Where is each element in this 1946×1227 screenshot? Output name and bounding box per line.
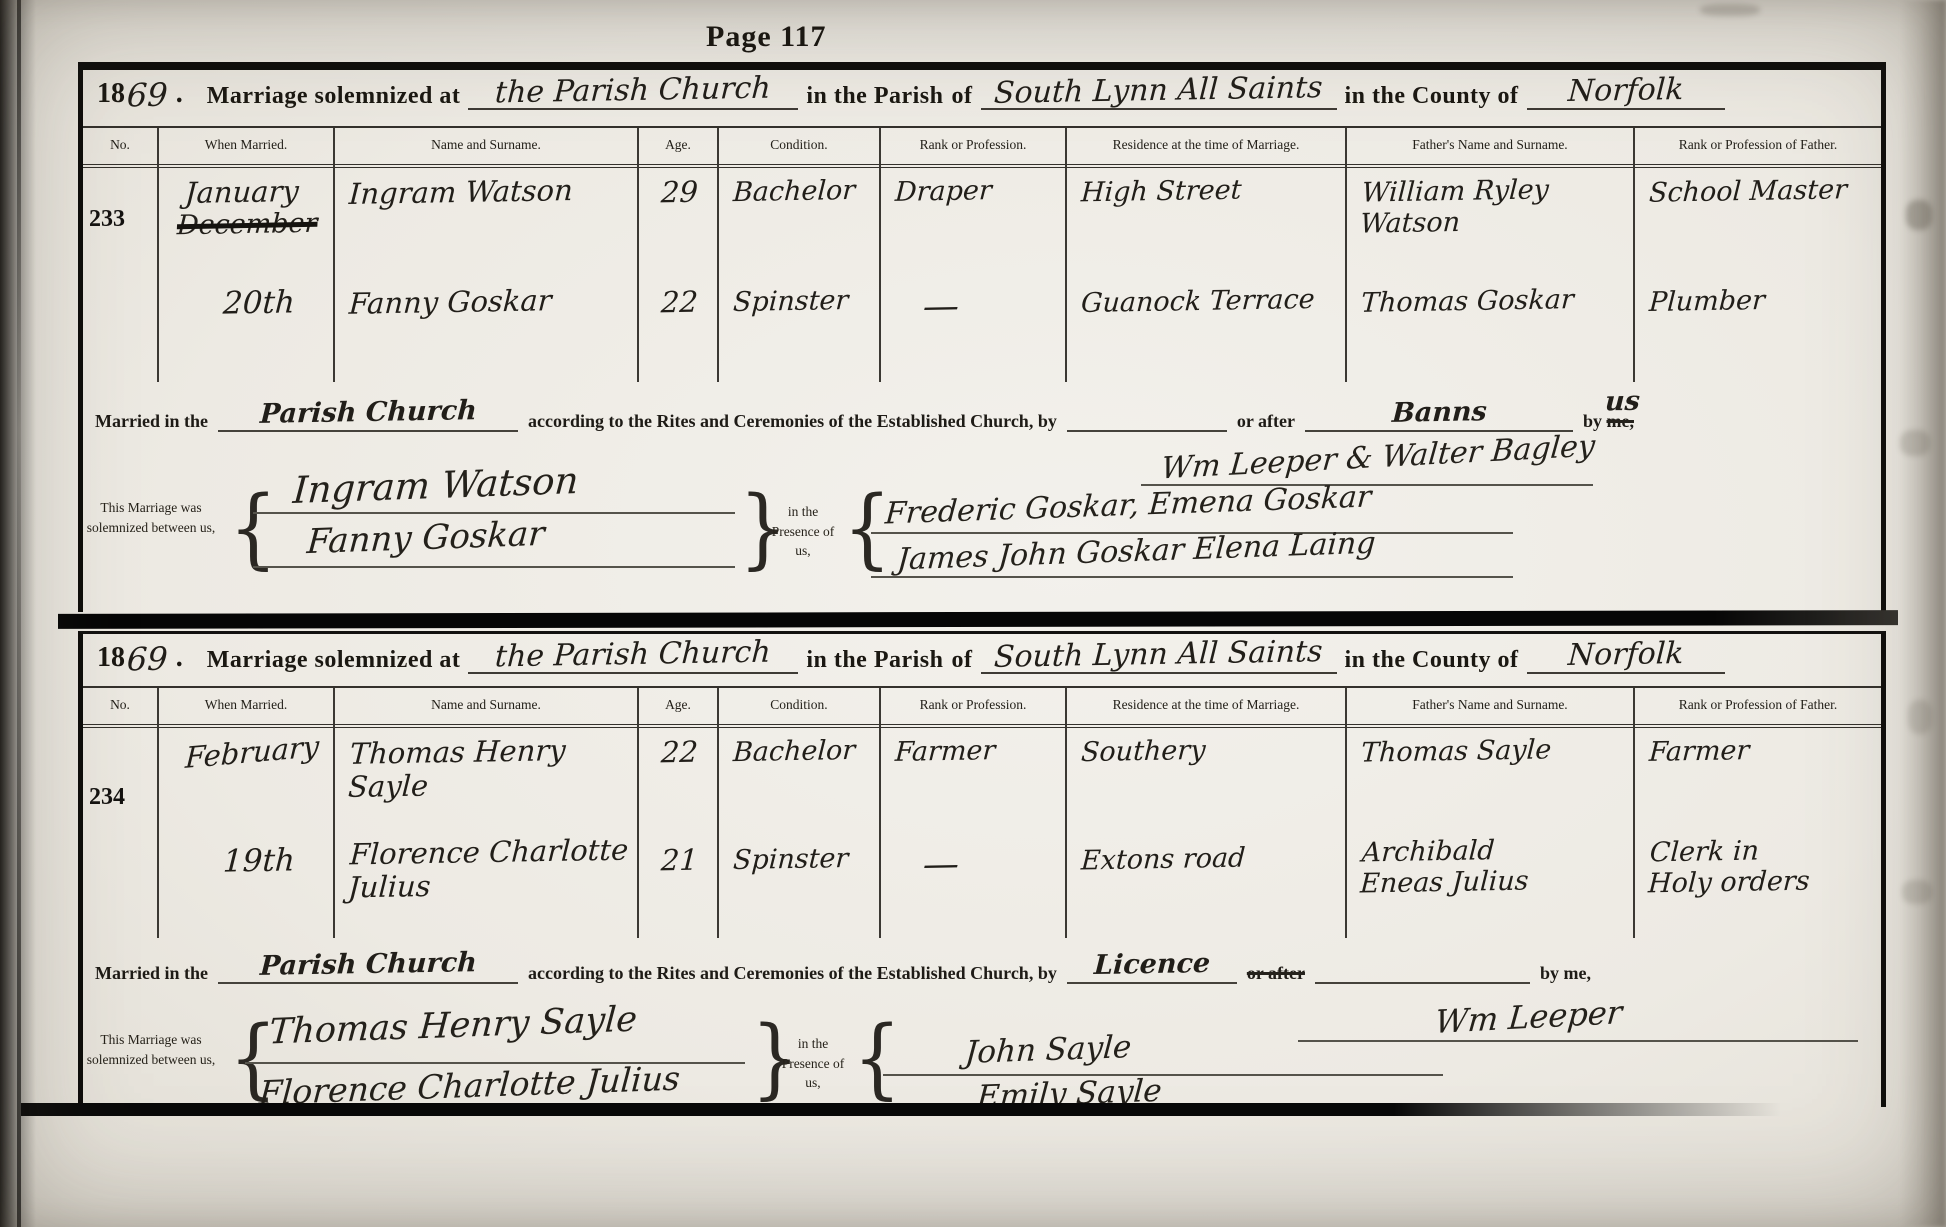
bride-name: Florence Charlotte Julius [347,834,629,906]
groom-name: Ingram Watson [348,174,574,211]
col-condition: Condition. [719,128,881,164]
col-rank: Rank or Profession. [881,128,1067,164]
page-number: Page 117 [706,20,827,54]
cell-no: 233 [83,162,159,382]
banns-blank [1315,952,1530,984]
in-the-parish-label: in the Parish [806,647,943,674]
bride-father: Thomas Goskar [1360,284,1574,319]
married-in-church-handwritten: Parish Church [259,950,477,980]
col-name-surname: Name and Surname. [335,688,639,724]
place-handwritten: the Parish Church [495,74,772,109]
month-handwritten: January [184,175,300,210]
county-label: in the County of [1345,83,1519,110]
groom-profession: Farmer [894,735,996,768]
day-handwritten: 20th [222,285,296,322]
cell-professions: Draper — [881,162,1067,382]
cell-conditions: Bachelor Spinster [719,722,881,938]
officiant-signature: Wm Leeper [1433,993,1623,1041]
col-father: Father's Name and Surname. [1347,128,1635,164]
cell-ages: 22 21 [639,722,719,938]
scan-artifact [1908,700,1932,734]
parish-handwritten: South Lynn All Saints [993,73,1323,109]
bride-signature: Fanny Goskar [306,514,546,562]
us-correction-handwritten: us [1604,389,1640,416]
bride-name: Fanny Goskar [348,284,552,321]
brace-open: { [229,484,277,571]
cell-no: 234 [83,722,159,938]
married-in-the-label: Married in the [95,963,208,984]
col-condition: Condition. [719,688,881,724]
or-after-label: or after [1237,411,1295,432]
bride-profession: — [922,844,960,886]
witness-line2-rule [871,576,1513,578]
solemnized-at-label: Marriage solemnized at [207,647,461,674]
according-to-label: according to the Rites and Ceremonies of… [528,411,1057,432]
cell-father-ranks: Farmer Clerk in Holy orders [1635,722,1881,938]
presence-of-us-label: in the Presence of us, [765,502,841,561]
record-234-rows: 234 February 19th Thomas Henry Sayle Flo… [83,722,1881,938]
bride-condition: Spinster [732,285,849,318]
bride-condition: Spinster [732,843,849,876]
bride-profession: — [922,286,960,328]
licence-blank [1067,400,1227,432]
register-header: 18 69 . Marriage solemnized at the Paris… [97,640,1873,674]
cell-ages: 29 22 [639,162,719,382]
register-header: 18 69 . Marriage solemnized at the Paris… [97,76,1873,110]
bride-signature-line [253,566,735,568]
col-rank: Rank or Profession. [881,688,1067,724]
groom-condition: Bachelor [732,735,856,768]
cell-fathers: Thomas Sayle Archibald Eneas Julius [1347,722,1635,938]
parish-handwritten: South Lynn All Saints [993,637,1323,673]
witness-signatures-line1: Frederic Goskar, Emena Goskar [884,479,1373,531]
bride-age: 22 [660,286,699,320]
scan-artifact [1700,4,1760,16]
month-handwritten: February [184,730,320,775]
record-233-rows: 233 January December 20th Ingram Watson … [83,162,1881,382]
cell-names: Thomas Henry Sayle Florence Charlotte Ju… [335,722,639,938]
bride-residence: Guanock Terrace [1080,284,1315,319]
bride-father-rank: Clerk in Holy orders [1647,835,1812,900]
scan-fold-line [17,0,21,1227]
col-father: Father's Name and Surname. [1347,688,1635,724]
col-name-surname: Name and Surname. [335,128,639,164]
groom-name: Thomas Henry Sayle [347,734,566,805]
year-prefix: 18 [97,642,125,674]
cell-residences: High Street Guanock Terrace [1067,162,1347,382]
according-to-label: according to the Rites and Ceremonies of… [528,963,1057,984]
county-label: in the County of [1345,647,1519,674]
married-in-line: Married in the Parish Church according t… [95,952,1591,984]
groom-age: 22 [660,736,699,770]
year-prefix: 18 [97,78,125,110]
day-handwritten: 19th [222,843,296,880]
by-me-label: by me, [1540,963,1591,984]
or-after-label-struck: or after [1247,963,1305,984]
county-handwritten: Norfolk [1567,75,1684,107]
officiant-signature: Wm Leeper & Walter Bagley [1160,429,1597,487]
bride-age: 21 [660,844,699,878]
bottom-rule-band [21,1103,1781,1116]
month-struck-out: December [176,208,318,242]
this-marriage-label: This Marriage was solemnized between us, [85,1030,217,1069]
officiant-signature-line [1298,1040,1858,1042]
groom-signature: Thomas Henry Sayle [268,1000,639,1053]
cell-fathers: William Ryley Watson Thomas Goskar [1347,162,1635,382]
witness-signature-line1: John Sayle [964,1029,1133,1071]
scan-artifact [1900,430,1930,456]
scan-artifact [1906,200,1932,230]
groom-father: Thomas Sayle [1360,734,1552,768]
cell-father-ranks: School Master Plumber [1635,162,1881,382]
record-number: 233 [89,206,125,233]
col-no: No. [83,128,159,164]
year-handwritten: 69 [126,80,168,111]
this-marriage-label: This Marriage was solemnized between us, [85,498,217,537]
scanned-register-page: Page 117 18 69 . Marriage solemnized at … [0,0,1946,1227]
married-in-the-label: Married in the [95,411,208,432]
presence-of-us-label: in the Presence of us, [775,1034,851,1093]
banns-handwritten: Banns [1391,399,1487,427]
county-handwritten: Norfolk [1567,639,1684,671]
col-no: No. [83,688,159,724]
groom-signature-line [253,512,735,514]
licence-handwritten: Licence [1093,951,1210,979]
col-residence: Residence at the time of Marriage. [1067,128,1347,164]
cell-professions: Farmer — [881,722,1067,938]
cell-residences: Southery Extons road [1067,722,1347,938]
groom-residence: High Street [1080,175,1242,209]
bride-father-rank: Plumber [1648,285,1766,318]
groom-father-rank: School Master [1648,174,1848,209]
scan-right-shadow [1900,0,1946,1227]
of-label: of [952,647,973,674]
col-residence: Residence at the time of Marriage. [1067,688,1347,724]
in-the-parish-label: in the Parish [806,83,943,110]
cell-conditions: Bachelor Spinster [719,162,881,382]
scan-artifact [1902,880,1932,904]
groom-condition: Bachelor [732,175,856,208]
col-age: Age. [639,128,719,164]
groom-signature: Ingram Watson [292,459,580,512]
marriage-record-234: 18 69 . Marriage solemnized at the Paris… [78,631,1886,1107]
year-period: . [176,78,183,110]
groom-profession: Draper [894,175,992,208]
groom-age: 29 [660,176,699,210]
solemnized-at-label: Marriage solemnized at [207,83,461,110]
cell-when-married: January December 20th [159,162,335,382]
year-period: . [176,642,183,674]
col-when-married: When Married. [159,128,335,164]
of-label: of [952,83,973,110]
cell-names: Ingram Watson Fanny Goskar [335,162,639,382]
record-divider-band [58,610,1898,629]
groom-father-rank: Farmer [1648,735,1750,768]
col-when-married: When Married. [159,688,335,724]
brace-open-witnesses: { [853,1014,901,1101]
groom-residence: Southery [1080,735,1206,768]
col-father-rank: Rank or Profession of Father. [1635,128,1881,164]
col-age: Age. [639,688,719,724]
year-handwritten: 69 [126,644,168,675]
place-handwritten: the Parish Church [495,638,772,673]
groom-father: William Ryley Watson [1359,174,1549,239]
married-in-line: Married in the Parish Church according t… [95,400,1634,432]
bride-father: Archibald Eneas Julius [1359,834,1531,899]
cell-when-married: February 19th [159,722,335,938]
col-father-rank: Rank or Profession of Father. [1635,688,1881,724]
bride-residence: Extons road [1080,843,1246,877]
record-number: 234 [89,784,125,811]
marriage-record-233: 18 69 . Marriage solemnized at the Paris… [78,62,1886,612]
married-in-church-handwritten: Parish Church [259,398,477,428]
